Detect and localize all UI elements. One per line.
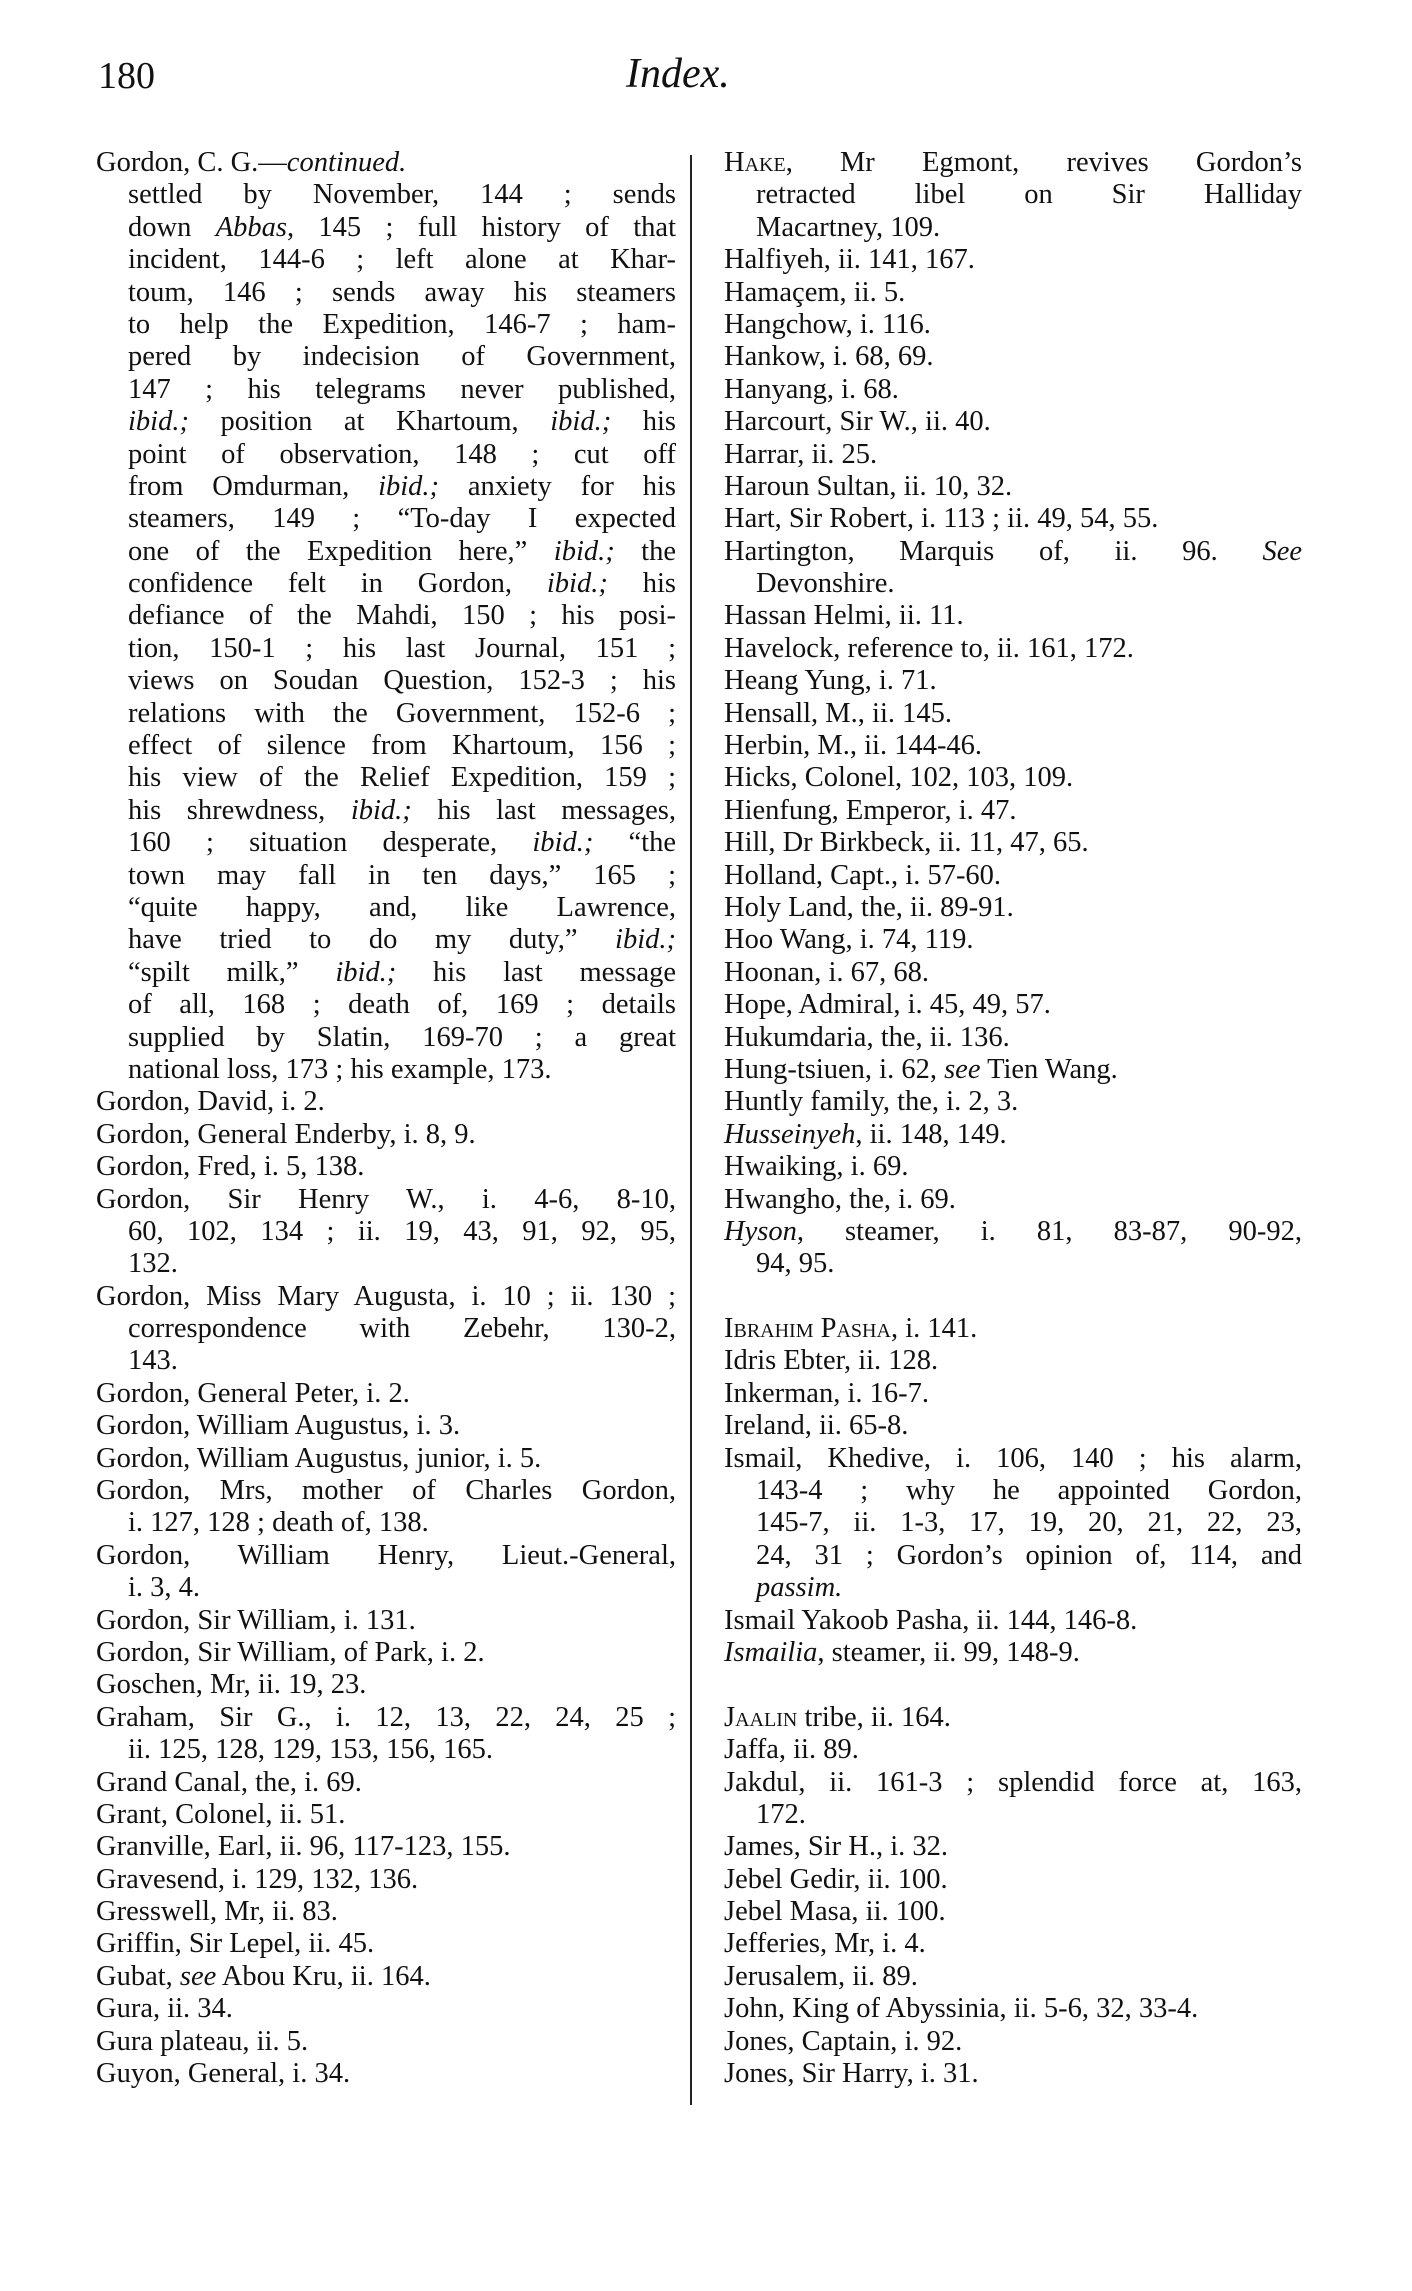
entry-text: Hung-tsiuen, i. 62, — [724, 1054, 944, 1085]
entry-text: tribe, ii. 164. — [797, 1702, 951, 1733]
index-entry: Gordon, Fred, i. 5, 138. — [96, 1151, 676, 1183]
entry-text: Gordon, General Peter, i. 2. — [96, 1378, 410, 1409]
entry-text: 60, 102, 134 ; ii. 19, 43, 91, 92, 95, — [128, 1216, 676, 1247]
index-entry: Gordon, Sir William, of Park, i. 2. — [96, 1637, 676, 1669]
entry-text: Gordon, Sir William, of Park, i. 2. — [96, 1637, 485, 1668]
index-entry: Hwaiking, i. 69. — [724, 1151, 1302, 1183]
index-entry-continuation: from Omdurman, ibid.; anxiety for his — [96, 471, 676, 503]
index-entry: Gresswell, Mr, ii. 83. — [96, 1896, 676, 1928]
entry-text: 132. — [128, 1248, 178, 1279]
index-entry: Jaffa, ii. 89. — [724, 1734, 1302, 1766]
entry-text: his — [608, 568, 676, 599]
index-entry-continuation: 143-4 ; why he appointed Gordon, — [724, 1475, 1302, 1507]
index-entry-continuation: effect of silence from Khartoum, 156 ; — [96, 730, 676, 762]
entry-text: Gubat, — [96, 1961, 180, 1992]
index-entry: Hope, Admiral, i. 45, 49, 57. — [724, 989, 1302, 1021]
entry-text: Goschen, Mr, ii. 19, 23. — [96, 1669, 366, 1700]
entry-text: his — [611, 406, 676, 437]
entry-text: Jebel Gedir, ii. 100. — [724, 1864, 948, 1895]
entry-text: “the — [593, 827, 676, 858]
italic-text: continued. — [287, 147, 407, 178]
index-entry-continuation: 143. — [96, 1345, 676, 1377]
entry-text: have tried to do my duty,” — [128, 924, 615, 955]
index-entry: Goschen, Mr, ii. 19, 23. — [96, 1669, 676, 1701]
entry-text: Idris Ebter, ii. 128. — [724, 1345, 938, 1376]
entry-text: to help the Expedition, 146-7 ; ham- — [128, 309, 676, 340]
entry-text: Gordon, William Augustus, junior, i. 5. — [96, 1443, 541, 1474]
entry-text: Hill, Dr Birkbeck, ii. 11, 47, 65. — [724, 827, 1089, 858]
entry-text: , Mr Egmont, revives Gordon’s — [786, 147, 1302, 178]
index-entry-continuation: pered by indecision of Government, — [96, 341, 676, 373]
index-entry: Graham, Sir G., i. 12, 13, 22, 24, 25 ; — [96, 1702, 676, 1734]
entry-text: ii. 125, 128, 129, 153, 156, 165. — [128, 1734, 493, 1765]
index-entry: Idris Ebter, ii. 128. — [724, 1345, 1302, 1377]
index-entry: Husseinyeh, ii. 148, 149. — [724, 1119, 1302, 1151]
index-entry: Huntly family, the, i. 2, 3. — [724, 1086, 1302, 1118]
index-entry-continuation: his shrewdness, ibid.; his last messages… — [96, 795, 676, 827]
entry-text: 172. — [756, 1799, 806, 1830]
index-entry-continuation: ibid.; position at Khartoum, ibid.; his — [96, 406, 676, 438]
index-entry-continuation: correspondence with Zebehr, 130-2, — [96, 1313, 676, 1345]
entry-text: Harrar, ii. 25. — [724, 439, 877, 470]
index-entry: Ibrahim Pasha, i. 141. — [724, 1313, 1302, 1345]
index-entry: Haroun Sultan, ii. 10, 32. — [724, 471, 1302, 503]
index-entry: Gura plateau, ii. 5. — [96, 2026, 676, 2058]
index-entry: Holland, Capt., i. 57-60. — [724, 860, 1302, 892]
index-entry: Jones, Captain, i. 92. — [724, 2026, 1302, 2058]
index-entry-continuation: ii. 125, 128, 129, 153, 156, 165. — [96, 1734, 676, 1766]
entry-text: Gordon, William Augustus, i. 3. — [96, 1410, 460, 1441]
entry-text: Grand Canal, the, i. 69. — [96, 1767, 362, 1798]
entry-text: Gura, ii. 34. — [96, 1993, 233, 2024]
index-entry-continuation: one of the Expedition here,” ibid.; the — [96, 536, 676, 568]
entry-text: incident, 144-6 ; left alone at Khar- — [128, 244, 676, 275]
index-entry-continuation: retracted libel on Sir Halliday — [724, 179, 1302, 211]
blank-line — [724, 1669, 1302, 1701]
entry-text: national loss, 173 ; his example, 173. — [128, 1054, 552, 1085]
index-entry: Hyson, steamer, i. 81, 83-87, 90-92, — [724, 1216, 1302, 1248]
running-title: Index. — [626, 52, 730, 96]
index-entry-continuation: Macartney, 109. — [724, 212, 1302, 244]
index-entry-continuation: Devonshire. — [724, 568, 1302, 600]
index-entry: Gordon, Sir William, i. 131. — [96, 1605, 676, 1637]
entry-text: relations with the Government, 152-6 ; — [128, 698, 676, 729]
index-entry-continuation: relations with the Government, 152-6 ; — [96, 698, 676, 730]
index-entry-continuation: 132. — [96, 1248, 676, 1280]
entry-text: Ireland, ii. 65-8. — [724, 1410, 908, 1441]
italic-text: Hyson — [724, 1216, 797, 1247]
entry-text: correspondence with Zebehr, 130-2, — [128, 1313, 676, 1344]
index-entry: Jebel Masa, ii. 100. — [724, 1896, 1302, 1928]
entry-text: i. 127, 128 ; death of, 138. — [128, 1507, 429, 1538]
entry-text: his shrewdness, — [128, 795, 351, 826]
index-entry: Jerusalem, ii. 89. — [724, 1961, 1302, 1993]
entry-text: Hoonan, i. 67, 68. — [724, 957, 929, 988]
index-entry-continuation: 147 ; his telegrams never published, — [96, 374, 676, 406]
entry-text: Griffin, Sir Lepel, ii. 45. — [96, 1928, 374, 1959]
italic-text: ibid.; — [351, 795, 412, 826]
italic-text: ibid.; — [378, 471, 439, 502]
entry-text: Hartington, Marquis of, ii. 96. — [724, 536, 1262, 567]
index-entry: Ismail, Khedive, i. 106, 140 ; his alarm… — [724, 1443, 1302, 1475]
entry-text: Hankow, i. 68, 69. — [724, 341, 934, 372]
index-column-left: Gordon, C. G.—continued.settled by Novem… — [96, 147, 676, 2090]
index-entry: Gubat, see Abou Kru, ii. 164. — [96, 1961, 676, 1993]
entry-text: views on Soudan Question, 152-3 ; his — [128, 665, 676, 696]
entry-text: Gordon, Sir William, i. 131. — [96, 1605, 416, 1636]
index-entry: Halfiyeh, ii. 141, 167. — [724, 244, 1302, 276]
index-entry: Hartington, Marquis of, ii. 96. See — [724, 536, 1302, 568]
index-entry: Hankow, i. 68, 69. — [724, 341, 1302, 373]
entry-text: Hangchow, i. 116. — [724, 309, 931, 340]
entry-text: Gresswell, Mr, ii. 83. — [96, 1896, 338, 1927]
entry-text: position at Khartoum, — [189, 406, 550, 437]
index-entry: Hwangho, the, i. 69. — [724, 1184, 1302, 1216]
entry-text: Macartney, 109. — [756, 212, 940, 243]
index-entry-continuation: incident, 144-6 ; left alone at Khar- — [96, 244, 676, 276]
entry-text: Inkerman, i. 16-7. — [724, 1378, 929, 1409]
index-entry: Jebel Gedir, ii. 100. — [724, 1864, 1302, 1896]
index-entry: Gordon, General Enderby, i. 8, 9. — [96, 1119, 676, 1151]
entry-text: his last messages, — [412, 795, 676, 826]
index-entry: James, Sir H., i. 32. — [724, 1831, 1302, 1863]
index-entry: Heang Yung, i. 71. — [724, 665, 1302, 697]
entry-text: John, King of Abyssinia, ii. 5-6, 32, 33… — [724, 1993, 1198, 2024]
entry-text: Hanyang, i. 68. — [724, 374, 899, 405]
index-entry: Grant, Colonel, ii. 51. — [96, 1799, 676, 1831]
entry-text: Hart, Sir Robert, i. 113 ; ii. 49, 54, 5… — [724, 503, 1158, 534]
small-caps-heading: Jaalin — [724, 1702, 797, 1733]
entry-text: Graham, Sir G., i. 12, 13, 22, 24, 25 ; — [96, 1702, 676, 1733]
entry-text: 147 ; his telegrams never published, — [128, 374, 676, 405]
entry-text: Gordon, Fred, i. 5, 138. — [96, 1151, 364, 1182]
italic-text: ibid.; — [615, 924, 676, 955]
entry-text: Havelock, reference to, ii. 161, 172. — [724, 633, 1134, 664]
entry-text: the — [615, 536, 676, 567]
italic-text: See — [1262, 536, 1302, 567]
entry-text: defiance of the Mahdi, 150 ; his posi- — [128, 600, 676, 631]
entry-text: Jebel Masa, ii. 100. — [724, 1896, 946, 1927]
index-entry: Ismail Yakoob Pasha, ii. 144, 146-8. — [724, 1605, 1302, 1637]
index-entry-continuation: confidence felt in Gordon, ibid.; his — [96, 568, 676, 600]
entry-text: Gordon, William Henry, Lieut.-General, — [96, 1540, 676, 1571]
entry-text: , ii. 148, 149. — [855, 1119, 1006, 1150]
index-entry: Jefferies, Mr, i. 4. — [724, 1928, 1302, 1960]
index-entry: Hukumdaria, the, ii. 136. — [724, 1022, 1302, 1054]
entry-text: effect of silence from Khartoum, 156 ; — [128, 730, 676, 761]
entry-text: 94, 95. — [756, 1248, 834, 1279]
index-entry: Hake, Mr Egmont, revives Gordon’s — [724, 147, 1302, 179]
index-entry-continuation: settled by November, 144 ; sends — [96, 179, 676, 211]
entry-text: his last message — [396, 957, 676, 988]
entry-text: point of observation, 148 ; cut off — [128, 439, 676, 470]
italic-text: see — [180, 1961, 216, 1992]
entry-text: of all, 168 ; death of, 169 ; details — [128, 989, 676, 1020]
index-entry: Havelock, reference to, ii. 161, 172. — [724, 633, 1302, 665]
entry-text: Gordon, General Enderby, i. 8, 9. — [96, 1119, 476, 1150]
italic-text: ibid.; — [128, 406, 189, 437]
small-caps-heading: Ibrahim Pasha — [724, 1313, 891, 1344]
index-entry: Hoonan, i. 67, 68. — [724, 957, 1302, 989]
index-entry: Hienfung, Emperor, i. 47. — [724, 795, 1302, 827]
index-entry: Ireland, ii. 65-8. — [724, 1410, 1302, 1442]
index-entry-continuation: 60, 102, 134 ; ii. 19, 43, 91, 92, 95, — [96, 1216, 676, 1248]
entry-text: Hicks, Colonel, 102, 103, 109. — [724, 762, 1073, 793]
index-entry-continuation: passim. — [724, 1572, 1302, 1604]
index-entry: Jones, Sir Harry, i. 31. — [724, 2058, 1302, 2090]
index-entry-continuation: tion, 150-1 ; his last Journal, 151 ; — [96, 633, 676, 665]
index-entry: Guyon, General, i. 34. — [96, 2058, 676, 2090]
entry-text: Holland, Capt., i. 57-60. — [724, 860, 1001, 891]
entry-text: 145-7, ii. 1-3, 17, 19, 20, 21, 22, 23, — [756, 1507, 1302, 1538]
italic-text: ibid.; — [335, 957, 396, 988]
index-entry: Gordon, Miss Mary Augusta, i. 10 ; ii. 1… — [96, 1281, 676, 1313]
index-entry-continuation: i. 3, 4. — [96, 1572, 676, 1604]
index-entry: Hung-tsiuen, i. 62, see Tien Wang. — [724, 1054, 1302, 1086]
index-entry-continuation: “spilt milk,” ibid.; his last message — [96, 957, 676, 989]
entry-text: Guyon, General, i. 34. — [96, 2058, 350, 2089]
index-entry-continuation: have tried to do my duty,” ibid.; — [96, 924, 676, 956]
entry-text: pered by indecision of Government, — [128, 341, 676, 372]
index-entry: Harrar, ii. 25. — [724, 439, 1302, 471]
entry-text: Hensall, M., ii. 145. — [724, 698, 952, 729]
italic-text: ibid.; — [550, 406, 611, 437]
entry-text: Ismail, Khedive, i. 106, 140 ; his alarm… — [724, 1443, 1302, 1474]
index-entry: Hoo Wang, i. 74, 119. — [724, 924, 1302, 956]
index-entry: Hensall, M., ii. 145. — [724, 698, 1302, 730]
italic-text: ibid.; — [547, 568, 608, 599]
index-entry: Gordon, William Augustus, i. 3. — [96, 1410, 676, 1442]
index-entry: Inkerman, i. 16-7. — [724, 1378, 1302, 1410]
index-entry: Gordon, William Augustus, junior, i. 5. — [96, 1443, 676, 1475]
index-entry: Ismailia, steamer, ii. 99, 148-9. — [724, 1637, 1302, 1669]
index-entry-continuation: point of observation, 148 ; cut off — [96, 439, 676, 471]
entry-text: Hassan Helmi, ii. 11. — [724, 600, 964, 631]
entry-text: Gordon, C. G.— — [96, 147, 287, 178]
italic-text: ibid.; — [554, 536, 615, 567]
entry-text: Gordon, Miss Mary Augusta, i. 10 ; ii. 1… — [96, 1281, 676, 1312]
entry-text: Jaffa, ii. 89. — [724, 1734, 859, 1765]
index-entry: Jaalin tribe, ii. 164. — [724, 1702, 1302, 1734]
entry-text: Haroun Sultan, ii. 10, 32. — [724, 471, 1012, 502]
index-entry: Hanyang, i. 68. — [724, 374, 1302, 406]
entry-text: 24, 31 ; Gordon’s opinion of, 114, and — [756, 1540, 1302, 1571]
entry-text: town may fall in ten days,” 165 ; — [128, 860, 676, 891]
entry-text: steamers, 149 ; “To-day I expected — [128, 503, 676, 534]
italic-text: passim. — [756, 1572, 842, 1603]
entry-text: Gura plateau, ii. 5. — [96, 2026, 308, 2057]
entry-text: Hwaiking, i. 69. — [724, 1151, 908, 1182]
entry-text: settled by November, 144 ; sends — [128, 179, 676, 210]
entry-text: down — [128, 212, 216, 243]
entry-text: Huntly family, the, i. 2, 3. — [724, 1086, 1018, 1117]
index-entry-continuation: “quite happy, and, like Lawrence, — [96, 892, 676, 924]
index-entry-continuation: national loss, 173 ; his example, 173. — [96, 1054, 676, 1086]
entry-text: Gordon, David, i. 2. — [96, 1086, 325, 1117]
italic-text: ibid.; — [532, 827, 593, 858]
index-entry-continuation: his view of the Relief Expedition, 159 ; — [96, 762, 676, 794]
entry-text: Gravesend, i. 129, 132, 136. — [96, 1864, 418, 1895]
entry-text: Holy Land, the, ii. 89-91. — [724, 892, 1014, 923]
index-entry: Gordon, C. G.—continued. — [96, 147, 676, 179]
small-caps-heading: Hake — [724, 147, 786, 178]
index-entry: Gordon, Mrs, mother of Charles Gordon, — [96, 1475, 676, 1507]
entry-text: Hoo Wang, i. 74, 119. — [724, 924, 973, 955]
entry-text: Jerusalem, ii. 89. — [724, 1961, 918, 1992]
entry-text: Granville, Earl, ii. 96, 117-123, 155. — [96, 1831, 511, 1862]
entry-text: Hwangho, the, i. 69. — [724, 1184, 956, 1215]
index-entry: Gordon, Sir Henry W., i. 4-6, 8-10, — [96, 1184, 676, 1216]
index-entry: Gordon, William Henry, Lieut.-General, — [96, 1540, 676, 1572]
index-entry: Gordon, General Peter, i. 2. — [96, 1378, 676, 1410]
index-entry-continuation: 172. — [724, 1799, 1302, 1831]
entry-text: 143. — [128, 1345, 178, 1376]
index-entry: Gura, ii. 34. — [96, 1993, 676, 2025]
index-entry-continuation: defiance of the Mahdi, 150 ; his posi- — [96, 600, 676, 632]
column-divider — [690, 155, 692, 2105]
index-entry-continuation: steamers, 149 ; “To-day I expected — [96, 503, 676, 535]
entry-text: Ismail Yakoob Pasha, ii. 144, 146-8. — [724, 1605, 1137, 1636]
index-entry: Holy Land, the, ii. 89-91. — [724, 892, 1302, 924]
entry-text: Tien Wang. — [980, 1054, 1117, 1085]
entry-text: Hope, Admiral, i. 45, 49, 57. — [724, 989, 1051, 1020]
index-entry-continuation: town may fall in ten days,” 165 ; — [96, 860, 676, 892]
entry-text: Heang Yung, i. 71. — [724, 665, 937, 696]
entry-text: his view of the Relief Expedition, 159 ; — [128, 762, 676, 793]
entry-text: Grant, Colonel, ii. 51. — [96, 1799, 345, 1830]
entry-text: supplied by Slatin, 169-70 ; a great — [128, 1022, 676, 1053]
entry-text: toum, 146 ; sends away his steamers — [128, 277, 676, 308]
index-entry: Hassan Helmi, ii. 11. — [724, 600, 1302, 632]
italic-text: Ismailia — [724, 1637, 817, 1668]
index-entry: Gravesend, i. 129, 132, 136. — [96, 1864, 676, 1896]
entry-text: confidence felt in Gordon, — [128, 568, 547, 599]
index-entry: Griffin, Sir Lepel, ii. 45. — [96, 1928, 676, 1960]
entry-text: Gordon, Sir Henry W., i. 4-6, 8-10, — [96, 1184, 676, 1215]
index-entry-continuation: of all, 168 ; death of, 169 ; details — [96, 989, 676, 1021]
entry-text: Jakdul, ii. 161-3 ; splendid force at, 1… — [724, 1767, 1302, 1798]
index-entry: John, King of Abyssinia, ii. 5-6, 32, 33… — [724, 1993, 1302, 2025]
entry-text: i. 3, 4. — [128, 1572, 200, 1603]
entry-text: 160 ; situation desperate, — [128, 827, 532, 858]
italic-text: Abbas — [216, 212, 287, 243]
index-entry-continuation: supplied by Slatin, 169-70 ; a great — [96, 1022, 676, 1054]
entry-text: “spilt milk,” — [128, 957, 335, 988]
index-entry: Hart, Sir Robert, i. 113 ; ii. 49, 54, 5… — [724, 503, 1302, 535]
index-entry-continuation: down Abbas, 145 ; full history of that — [96, 212, 676, 244]
entry-text: Herbin, M., ii. 144-46. — [724, 730, 982, 761]
blank-line — [724, 1281, 1302, 1313]
entry-text: Jefferies, Mr, i. 4. — [724, 1928, 926, 1959]
entry-text: Gordon, Mrs, mother of Charles Gordon, — [96, 1475, 676, 1506]
entry-text: Jones, Sir Harry, i. 31. — [724, 2058, 979, 2089]
entry-text: Hukumdaria, the, ii. 136. — [724, 1022, 1010, 1053]
entry-text: 143-4 ; why he appointed Gordon, — [756, 1475, 1302, 1506]
entry-text: Harcourt, Sir W., ii. 40. — [724, 406, 991, 437]
index-entry-continuation: 24, 31 ; Gordon’s opinion of, 114, and — [724, 1540, 1302, 1572]
entry-text: Hienfung, Emperor, i. 47. — [724, 795, 1017, 826]
index-entry-continuation: to help the Expedition, 146-7 ; ham- — [96, 309, 676, 341]
index-entry-continuation: 145-7, ii. 1-3, 17, 19, 20, 21, 22, 23, — [724, 1507, 1302, 1539]
index-entry: Gordon, David, i. 2. — [96, 1086, 676, 1118]
index-column-right: Hake, Mr Egmont, revives Gordon’sretract… — [724, 147, 1302, 2090]
index-entry-continuation: views on Soudan Question, 152-3 ; his — [96, 665, 676, 697]
index-entry-continuation: 160 ; situation desperate, ibid.; “the — [96, 827, 676, 859]
entry-text: one of the Expedition here,” — [128, 536, 554, 567]
entry-text: , steamer, ii. 99, 148-9. — [817, 1637, 1079, 1668]
italic-text: Husseinyeh — [724, 1119, 855, 1150]
index-entry-continuation: toum, 146 ; sends away his steamers — [96, 277, 676, 309]
index-entry-continuation: 94, 95. — [724, 1248, 1302, 1280]
entry-text: Halfiyeh, ii. 141, 167. — [724, 244, 975, 275]
index-entry: Herbin, M., ii. 144-46. — [724, 730, 1302, 762]
italic-text: see — [944, 1054, 980, 1085]
entry-text: “quite happy, and, like Lawrence, — [128, 892, 676, 923]
entry-text: retracted libel on Sir Halliday — [756, 179, 1302, 210]
entry-text: tion, 150-1 ; his last Journal, 151 ; — [128, 633, 676, 664]
index-entry-continuation: i. 127, 128 ; death of, 138. — [96, 1507, 676, 1539]
entry-text: Devonshire. — [756, 568, 895, 599]
entry-text: anxiety for his — [439, 471, 676, 502]
index-entry: Hamaçem, ii. 5. — [724, 277, 1302, 309]
entry-text: , steamer, i. 81, 83-87, 90-92, — [797, 1216, 1302, 1247]
index-entry: Hill, Dr Birkbeck, ii. 11, 47, 65. — [724, 827, 1302, 859]
index-entry: Grand Canal, the, i. 69. — [96, 1767, 676, 1799]
index-entry: Harcourt, Sir W., ii. 40. — [724, 406, 1302, 438]
index-entry: Hicks, Colonel, 102, 103, 109. — [724, 762, 1302, 794]
entry-text: Jones, Captain, i. 92. — [724, 2026, 962, 2057]
entry-text: , i. 141. — [891, 1313, 977, 1344]
entry-text: Abou Kru, ii. 164. — [216, 1961, 431, 1992]
index-entry: Granville, Earl, ii. 96, 117-123, 155. — [96, 1831, 676, 1863]
entry-text: , 145 ; full history of that — [287, 212, 676, 243]
entry-text: Hamaçem, ii. 5. — [724, 277, 905, 308]
entry-text: from Omdurman, — [128, 471, 378, 502]
index-entry: Jakdul, ii. 161-3 ; splendid force at, 1… — [724, 1767, 1302, 1799]
entry-text: James, Sir H., i. 32. — [724, 1831, 948, 1862]
page-number: 180 — [98, 56, 155, 96]
index-entry: Hangchow, i. 116. — [724, 309, 1302, 341]
